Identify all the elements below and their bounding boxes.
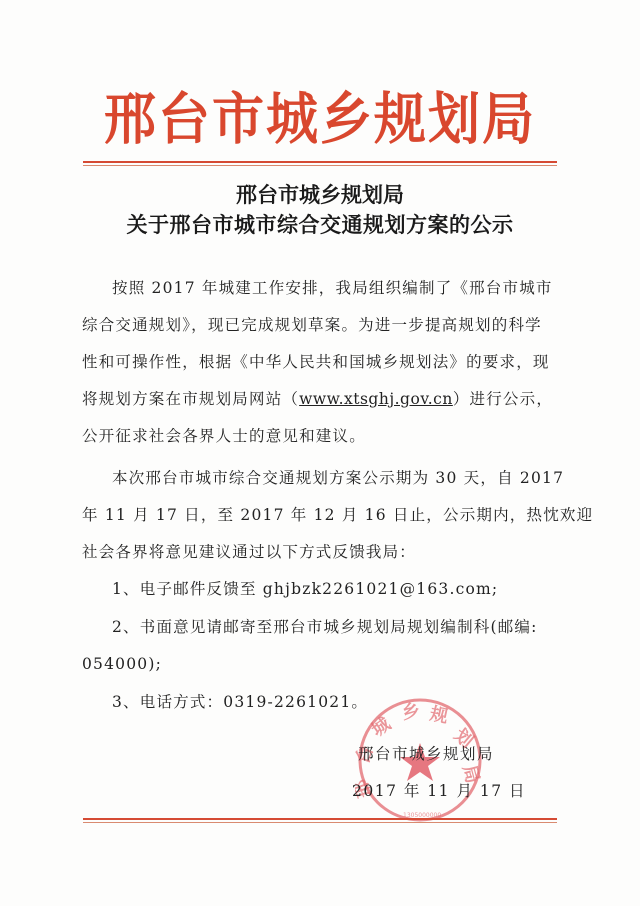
footer-divider [83,818,557,823]
notice-title-subject: 关于邢台市城市综合交通规划方案的公示 [0,208,640,242]
svg-text:城: 城 [368,713,396,741]
feedback-method-email: 1、电子邮件反馈至 ghjbzk2261021@163.com; [112,571,498,608]
website-link[interactable]: www.xtsghj.gov.cn [299,390,453,408]
paragraph2-line3: 社会各界将意见建议通过以下方式反馈我局： [82,534,416,571]
paragraph1-line2: 综合交通规划》，现已完成规划草案。为进一步提高规划的科学 [82,307,542,344]
paragraph1-line4-text: 将规划方案在市规划局网站（ [82,390,299,408]
paragraph1-line5: 公开征求社会各界人士的意见和建议。 [82,418,366,455]
paragraph2-line1: 本次邢台市城市综合交通规划方案公示期为 30 天，自 2017 [112,460,564,497]
paragraph1-line4-end: ）进行公示， [453,390,553,408]
paragraph1-line4: 将规划方案在市规划局网站（www.xtsghj.gov.cn）进行公示， [82,381,553,418]
svg-text:乡: 乡 [400,699,422,724]
feedback-method-mail-postcode: 054000); [82,646,162,683]
notice-title-issuer: 邢台市城乡规划局 [0,178,640,212]
letterhead-org-name: 邢台市城乡规划局 [0,85,640,154]
paragraph1-line1: 按照 2017 年城建工作安排，我局组织编制了《邢台市城市 [112,270,553,307]
signature-date: 2017 年 11 月 17 日 [352,779,526,801]
paragraph2-line2: 年 11 月 17 日，至 2017 年 12 月 16 日止，公示期内，热忱欢… [82,497,593,534]
feedback-method-phone: 3、电话方式：0319-2261021。 [112,684,368,721]
signature-org: 邢台市城乡规划局 [358,742,494,764]
paragraph1-line3: 性和可操作性，根据《中华人民共和国城乡规划法》的要求，现 [82,344,550,381]
svg-text:规: 规 [427,702,450,727]
letterhead-divider [83,161,557,166]
feedback-method-mail: 2、书面意见请邮寄至邢台市城乡规划局规划编制科(邮编: [112,609,538,646]
